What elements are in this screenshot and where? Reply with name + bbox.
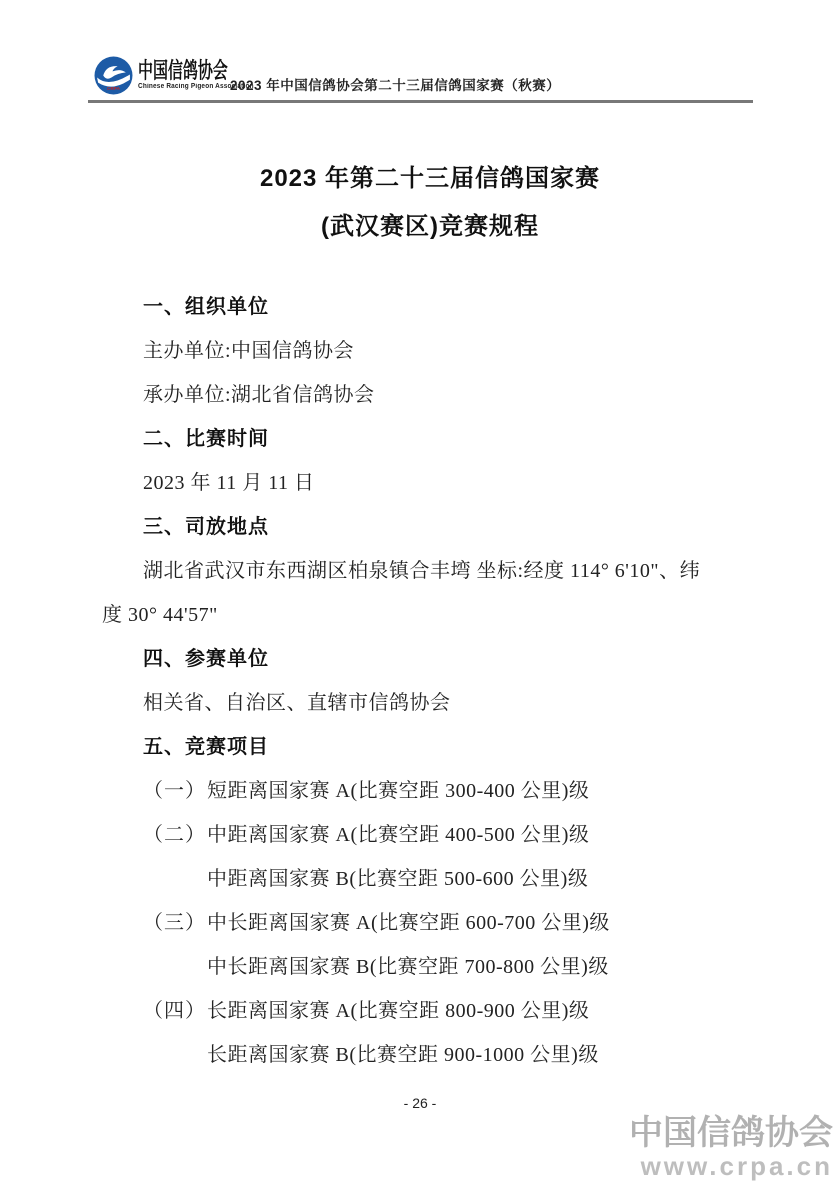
logo-org-name-zh: 中国信鸽协会 bbox=[138, 60, 228, 82]
body-line: 湖北省武汉市东西湖区柏泉镇合丰塆 坐标:经度 114° 6'10"、纬 bbox=[102, 549, 758, 593]
item-text: 中距离国家赛 A(比赛空距 400-500 公里)级 bbox=[207, 824, 589, 846]
crpa-logo-icon: CRPA bbox=[94, 56, 133, 95]
body-line: 度 30° 44'57" bbox=[102, 593, 758, 637]
watermark-url: www.crpa.cn bbox=[629, 1152, 833, 1180]
event-list-item: （一）短距离国家赛 A(比赛空距 300-400 公里)级 bbox=[102, 769, 758, 813]
event-list-item: 中距离国家赛 B(比赛空距 500-600 公里)级 bbox=[102, 857, 758, 901]
document-content: 2023 年第二十三届信鸽国家赛 (武汉赛区)竞赛规程 一、组织单位 主办单位:… bbox=[102, 155, 758, 1077]
header-doc-label: 2023 年中国信鸽协会第二十三届信鸽国家赛（秋赛） bbox=[230, 74, 560, 94]
event-list-item: （四）长距离国家赛 A(比赛空距 800-900 公里)级 bbox=[102, 989, 758, 1033]
header-divider bbox=[88, 100, 753, 103]
event-list-item: （二）中距离国家赛 A(比赛空距 400-500 公里)级 bbox=[102, 813, 758, 857]
section-heading-1: 一、组织单位 bbox=[102, 285, 758, 329]
item-number: （四） bbox=[143, 989, 207, 1033]
section-heading-3: 三、司放地点 bbox=[102, 505, 758, 549]
item-number: （二） bbox=[143, 813, 207, 857]
section-heading-5: 五、竞赛项目 bbox=[102, 725, 758, 769]
body-line: 2023 年 11 月 11 日 bbox=[102, 461, 758, 505]
section-heading-2: 二、比赛时间 bbox=[102, 417, 758, 461]
doc-title-line1: 2023 年第二十三届信鸽国家赛 bbox=[102, 155, 758, 203]
item-text: 中长距离国家赛 A(比赛空距 600-700 公里)级 bbox=[207, 912, 610, 934]
body-line: 主办单位:中国信鸽协会 bbox=[102, 329, 758, 373]
item-text: 短距离国家赛 A(比赛空距 300-400 公里)级 bbox=[207, 780, 589, 802]
event-list-item: 长距离国家赛 B(比赛空距 900-1000 公里)级 bbox=[102, 1033, 758, 1077]
body-line: 承办单位:湖北省信鸽协会 bbox=[102, 373, 758, 417]
event-list-item: 中长距离国家赛 B(比赛空距 700-800 公里)级 bbox=[102, 945, 758, 989]
item-text: 长距离国家赛 B(比赛空距 900-1000 公里)级 bbox=[207, 1044, 599, 1066]
item-number: （一） bbox=[143, 769, 207, 813]
page-number: - 26 - bbox=[0, 1095, 840, 1111]
doc-title-line2: (武汉赛区)竞赛规程 bbox=[102, 203, 758, 251]
item-number: （三） bbox=[143, 901, 207, 945]
logo-badge-text: CRPA bbox=[107, 86, 121, 92]
body-line: 相关省、自治区、直辖市信鸽协会 bbox=[102, 681, 758, 725]
document-page: CRPA 中国信鸽协会 Chinese Racing Pigeon Associ… bbox=[0, 0, 840, 1187]
section-heading-4: 四、参赛单位 bbox=[102, 637, 758, 681]
title-spacer bbox=[102, 251, 758, 285]
event-list-item: （三）中长距离国家赛 A(比赛空距 600-700 公里)级 bbox=[102, 901, 758, 945]
item-text: 长距离国家赛 A(比赛空距 800-900 公里)级 bbox=[207, 1000, 589, 1022]
item-text: 中距离国家赛 B(比赛空距 500-600 公里)级 bbox=[207, 868, 588, 890]
site-watermark: 中国信鸽协会 www.crpa.cn bbox=[629, 1114, 833, 1180]
item-text: 中长距离国家赛 B(比赛空距 700-800 公里)级 bbox=[207, 956, 609, 978]
watermark-org-name: 中国信鸽协会 bbox=[629, 1114, 833, 1152]
